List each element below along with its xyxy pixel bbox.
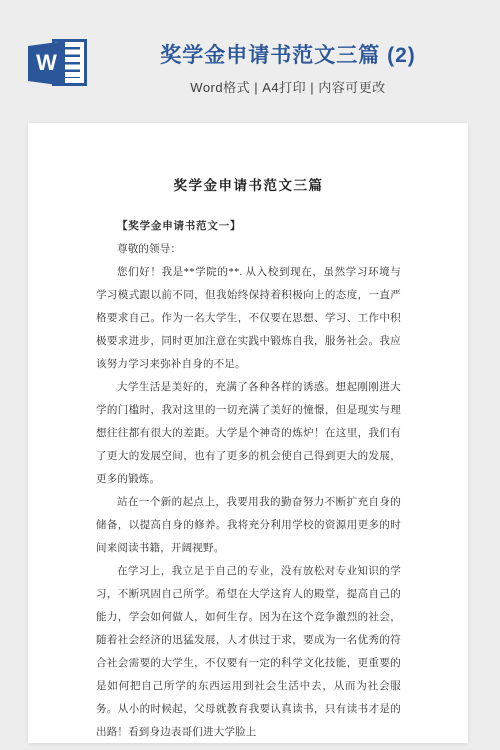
page-title: 奖学金申请书范文三篇 (2): [92, 43, 484, 68]
word-letter: W: [36, 52, 57, 76]
paragraph-1: 您们好！我是**学院的**. 从入校到现在，虽然学习环境与学习模式跟以前不同，但…: [96, 261, 401, 376]
document-page: 奖学金申请书范文三篇 【奖学金申请书范文一】 尊敬的领导： 您们好！我是**学院…: [28, 123, 468, 743]
word-flag-icon: W: [28, 41, 65, 86]
paragraph-4: 在学习上，我立足于自己的专业，没有放松对专业知识的学习，不断巩固自己所学。希望在…: [96, 560, 401, 743]
document-title: 奖学金申请书范文三篇: [96, 175, 401, 197]
salutation: 尊敬的领导：: [96, 238, 401, 261]
header-titles: 奖学金申请书范文三篇 (2) Word格式 | A4打印 | 内容可更改: [92, 38, 484, 96]
page-subtitle: Word格式 | A4打印 | 内容可更改: [92, 77, 484, 96]
paragraph-3: 站在一个新的起点上，我要用我的勤奋努力不断扩充自身的储备，以提高自身的修养。我将…: [96, 491, 401, 560]
document-body: 【奖学金申请书范文一】 尊敬的领导： 您们好！我是**学院的**. 从入校到现在…: [96, 215, 401, 743]
header: W 奖学金申请书范文三篇 (2) Word格式 | A4打印 | 内容可更改: [0, 0, 500, 123]
paragraph-2: 大学生活是美好的，充满了各种各样的诱惑。想起刚刚进大学的门槛时，我对这里的一切充…: [96, 376, 401, 491]
section-heading: 【奖学金申请书范文一】: [96, 215, 401, 238]
word-logo-icon: W: [28, 38, 92, 88]
